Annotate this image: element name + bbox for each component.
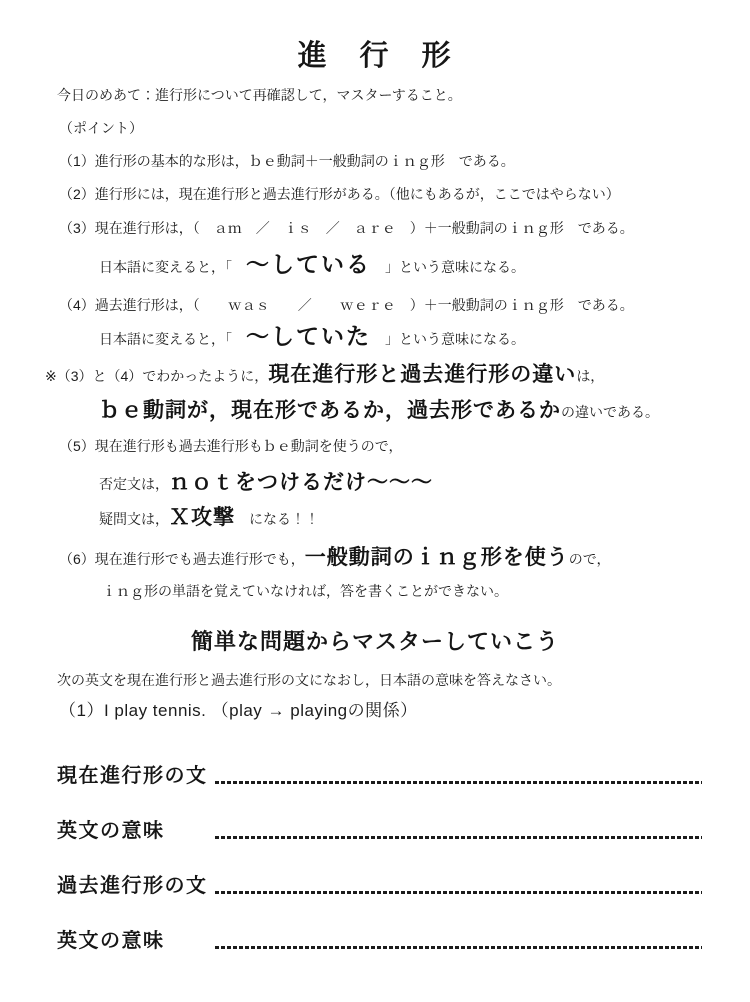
answer-label-past-progressive: 過去進行形の文 [57, 875, 215, 897]
point-3-meaning-highlight: ～している [246, 251, 371, 277]
point-4-meaning: 日本語に変えると，「 ～していた 」という意味になる。 [99, 322, 525, 351]
point-5-negative-highlight: ｎｏｔをつけるだけ～～～ [169, 471, 433, 494]
section-heading: 簡単な問題からマスターしていこう [0, 628, 750, 656]
answer-blank-line [215, 891, 702, 894]
point-6-sub: ｉｎｇ形の単語を覚えていなければ，答を書くことができない。 [102, 583, 508, 601]
points-header: （ポイント） [59, 120, 143, 138]
answer-blank-line [215, 836, 702, 839]
question-1: （1）I play tennis. （play → playingの関係） [59, 700, 418, 721]
note-2-highlight: ｂｅ動詞が，現在形であるか，過去形であるか [99, 399, 561, 422]
point-5-question-highlight: Ｘ攻撃 [169, 506, 235, 529]
point-5-negative: 否定文は，ｎｏｔをつけるだけ～～～ [99, 470, 433, 496]
point-3-meaning-pre: 日本語に変えると，「 [99, 259, 246, 275]
point-4-meaning-pre: 日本語に変えると，「 [99, 331, 246, 347]
answer-blank-line [215, 946, 702, 949]
answer-row-meaning-2: 英文の意味 [57, 922, 702, 952]
point-5-question-pre: 疑問文は， [99, 511, 169, 527]
note-line-1: ※（3）と（4）でわかったように，現在進行形と過去進行形の違いは， [45, 362, 604, 388]
point-4: （4）過去進行形は，（ ｗａｓ ／ ｗｅｒｅ ）＋一般動詞のｉｎｇ形 である。 [59, 297, 634, 315]
answer-row-past-progressive: 過去進行形の文 [57, 867, 702, 897]
point-2: （2）進行形には，現在進行形と過去進行形がある。（他にもあるが，ここではやらない… [59, 186, 620, 204]
point-6-post: ので， [569, 551, 611, 567]
worksheet-title: 進 行 形 [0, 38, 750, 74]
answer-label-present-progressive: 現在進行形の文 [57, 765, 215, 787]
answer-label-meaning-2: 英文の意味 [57, 930, 215, 952]
point-3-meaning-post: 」という意味になる。 [371, 259, 525, 275]
point-4-meaning-post: 」という意味になる。 [371, 331, 525, 347]
note-1-highlight: 現在進行形と過去進行形の違い [268, 363, 576, 386]
note-2-post: の違いである。 [561, 404, 659, 420]
worksheet-page: 進 行 形 今日のめあて：進行形について再確認して，マスターすること。 （ポイン… [0, 0, 750, 1002]
point-4-meaning-highlight: ～していた [246, 323, 371, 349]
note-line-2: ｂｅ動詞が，現在形であるか，過去形であるかの違いである。 [99, 398, 659, 424]
point-6: （6）現在進行形でも過去進行形でも，一般動詞のｉｎｇ形を使うので， [59, 545, 611, 571]
point-3: （3）現在進行形は，（ ａｍ ／ ｉｓ ／ ａｒｅ ）＋一般動詞のｉｎｇ形 であ… [59, 220, 634, 238]
answer-blank-line [215, 781, 702, 784]
answer-label-meaning-1: 英文の意味 [57, 820, 215, 842]
point-1: （1）進行形の基本的な形は，ｂｅ動詞＋一般動詞のｉｎｇ形 である。 [59, 153, 515, 171]
point-3-meaning: 日本語に変えると，「 ～している 」という意味になる。 [99, 250, 525, 279]
point-6-pre: （6）現在進行形でも過去進行形でも， [59, 551, 305, 567]
goal-line: 今日のめあて：進行形について再確認して，マスターすること。 [57, 87, 462, 105]
practice-instruction: 次の英文を現在進行形と過去進行形の文になおし，日本語の意味を答えなさい。 [57, 672, 561, 690]
point-5: （5）現在進行形も過去進行形もｂｅ動詞を使うので， [59, 438, 403, 456]
point-6-highlight: 一般動詞のｉｎｇ形を使う [305, 546, 569, 569]
note-1-pre: ※（3）と（4）でわかったように， [45, 368, 268, 384]
answer-row-meaning-1: 英文の意味 [57, 812, 702, 842]
point-5-question: 疑問文は，Ｘ攻撃 になる！！ [99, 505, 319, 531]
point-5-negative-pre: 否定文は， [99, 476, 169, 492]
point-5-question-post: になる！！ [235, 511, 319, 527]
note-1-post: は， [576, 368, 604, 384]
answer-row-present-progressive: 現在進行形の文 [57, 757, 702, 787]
